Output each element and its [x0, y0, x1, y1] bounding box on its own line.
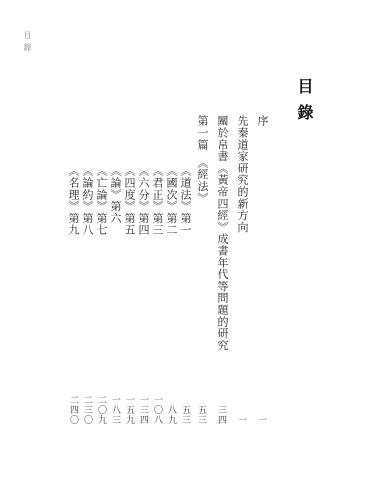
toc-entry-page: 五三 — [179, 405, 192, 425]
toc-entry: 《論》第六 一八三 — [108, 115, 122, 425]
page-title: 目錄 — [292, 78, 315, 130]
toc-entry: 先秦道家研究的新方向 一 — [232, 115, 252, 425]
toc-entry-page: 二四〇 — [67, 395, 80, 425]
toc-entry-title: 《四度》第五 — [123, 165, 135, 236]
toc-page: 目錄 目錄 序 一 先秦道家研究的新方向 一 關於帛書《黃帝四經》成書年代等問題… — [0, 0, 369, 500]
toc-entry-page: 八九 — [165, 405, 178, 425]
toc-entry-title: 序 — [256, 115, 268, 127]
toc-entry-title: 《論約》第八 — [81, 165, 93, 236]
toc-entry-title: 《國次》第二 — [165, 165, 177, 236]
toc-entry-page: 五三 — [192, 405, 212, 425]
toc-entry-title: 《亡論》第七 — [95, 165, 107, 236]
toc-entry-page: 二〇九 — [95, 395, 108, 425]
toc-entry-page: 一〇八 — [151, 395, 164, 425]
toc-entry-page: 一三四 — [137, 395, 150, 425]
toc-list: 序 一 先秦道家研究的新方向 一 關於帛書《黃帝四經》成書年代等問題的研究 三四… — [66, 115, 272, 425]
toc-entry-title: 先秦道家研究的新方向 — [236, 115, 248, 233]
toc-entry-page: 二三〇 — [81, 395, 94, 425]
toc-entry-title: 《六分》第四 — [137, 165, 149, 236]
toc-entry-title: 《名理》第九 — [67, 165, 79, 236]
toc-entry-title: 關於帛書《黃帝四經》成書年代等問題的研究 — [216, 115, 228, 351]
toc-entry-title: 《道法》第一 — [179, 165, 191, 236]
toc-entry-title: 第一篇 《經法》 — [196, 115, 208, 204]
toc-entry: 《名理》第九 二四〇 — [66, 115, 80, 425]
toc-entry-page: 一 — [252, 415, 272, 425]
toc-entry: 序 一 — [252, 115, 272, 425]
toc-entry: 《四度》第五 一五九 — [122, 115, 136, 425]
toc-entry-title: 《君正》第三 — [151, 165, 163, 236]
toc-entry: 《道法》第一 五三 — [178, 115, 192, 425]
toc-entry: 《君正》第三 一〇八 — [150, 115, 164, 425]
toc-entry-page: 三四 — [212, 405, 232, 425]
toc-entry-page: 一五九 — [123, 395, 136, 425]
toc-entry-page: 一八三 — [109, 395, 122, 425]
toc-entry: 第一篇 《經法》 五三 — [192, 115, 212, 425]
toc-entry: 《國次》第二 八九 — [164, 115, 178, 425]
toc-entry: 《六分》第四 一三四 — [136, 115, 150, 425]
running-header: 目錄 — [22, 31, 33, 55]
toc-entry-title: 《論》第六 — [109, 165, 121, 224]
toc-entry: 《論約》第八 二三〇 — [80, 115, 94, 425]
toc-entry-page: 一 — [232, 415, 252, 425]
toc-entry: 《亡論》第七 二〇九 — [94, 115, 108, 425]
toc-entry: 關於帛書《黃帝四經》成書年代等問題的研究 三四 — [212, 115, 232, 425]
